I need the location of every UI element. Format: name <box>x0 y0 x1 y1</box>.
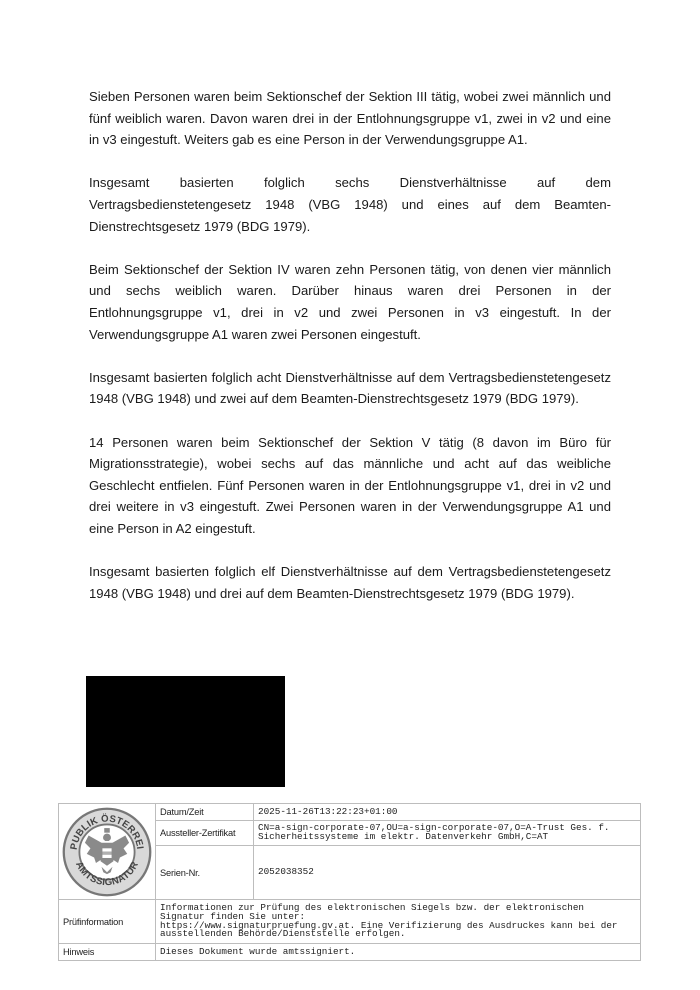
redacted-block <box>86 676 285 787</box>
paragraph-sektion-iii: Sieben Personen waren beim Sektionschef … <box>89 86 611 151</box>
hinweis-label: Hinweis <box>59 944 156 961</box>
signature-row-hinweis: Hinweis Dieses Dokument wurde amtssignie… <box>59 944 641 961</box>
datum-value: 2025-11-26T13:22:23+01:00 <box>254 804 641 821</box>
paragraph-sektion-v: 14 Personen waren beim Sektionschef der … <box>89 432 611 540</box>
serien-label: Serien-Nr. <box>156 846 254 900</box>
pruefinformation-value: Informationen zur Prüfung des elektronis… <box>156 900 641 944</box>
signature-row-pruefinformation: Prüfinformation Informationen zur Prüfun… <box>59 900 641 944</box>
datum-label: Datum/Zeit <box>156 804 254 821</box>
paragraph-sektion-iii-summary: Insgesamt basierten folglich sechs Diens… <box>89 172 611 237</box>
signature-block: REPUBLIK ÖSTERREICH AMTSSIGNATUR <box>58 803 641 961</box>
signature-row-datum: REPUBLIK ÖSTERREICH AMTSSIGNATUR <box>59 804 641 821</box>
serien-value: 2052038352 <box>254 846 641 900</box>
paragraph-sektion-v-summary: Insgesamt basierten folglich elf Dienstv… <box>89 561 611 604</box>
aussteller-label: Aussteller-Zertifikat <box>156 821 254 846</box>
seal-cell: REPUBLIK ÖSTERREICH AMTSSIGNATUR <box>59 804 156 900</box>
paragraph-sektion-iv-summary: Insgesamt basierten folglich acht Dienst… <box>89 367 611 410</box>
pruefinformation-label: Prüfinformation <box>59 900 156 944</box>
austrian-eagle-seal-icon: REPUBLIK ÖSTERREICH AMTSSIGNATUR <box>61 806 153 898</box>
paragraph-sektion-iv: Beim Sektionschef der Sektion IV waren z… <box>89 259 611 345</box>
aussteller-value: CN=a-sign-corporate-07,OU=a-sign-corpora… <box>254 821 641 846</box>
document-body: Sieben Personen waren beim Sektionschef … <box>89 86 611 626</box>
hinweis-value: Dieses Dokument wurde amtssigniert. <box>156 944 641 961</box>
